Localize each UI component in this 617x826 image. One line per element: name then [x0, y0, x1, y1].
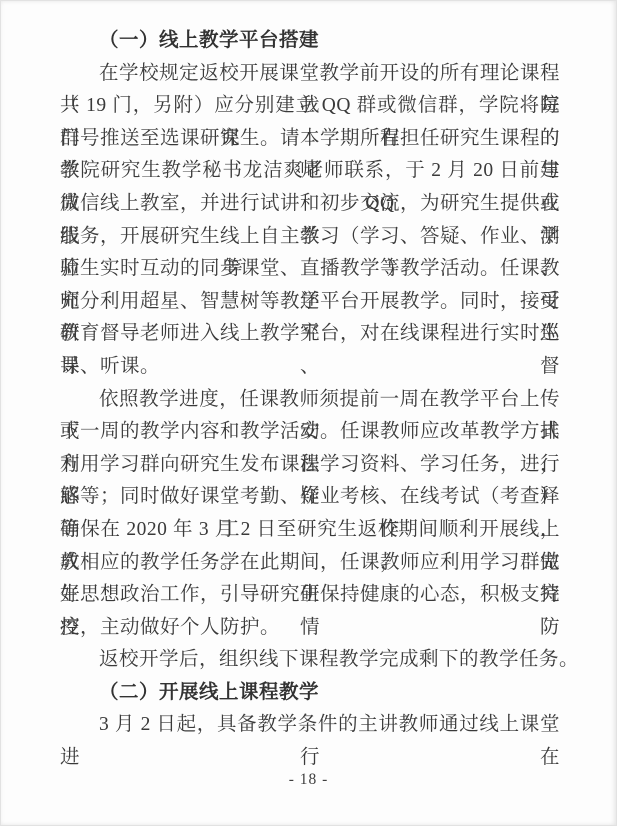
document-page: （一）线上教学平台搭建 在学校规定返校开展课堂教学前开设的所有理论课程（我院 共…: [0, 0, 617, 826]
paragraph-1-line-7: 师生实时互动的同步课堂、直播教学等教学活动。任课教师还可: [60, 253, 560, 286]
paragraph-2-line-4: 惑等；同时做好课堂考勤、作业考核、在线考试（考查）等工作，: [60, 481, 560, 514]
paragraph-2-line-3: 利用学习群向研究生发布课程学习资料、学习任务，进行解疑释: [60, 449, 560, 482]
paragraph-2-line-6: 成相应的教学任务。在此期间，任课教师应利用学习群做好研究: [60, 547, 560, 580]
section-heading-2: （二）开展线上课程教学: [60, 677, 560, 710]
paragraph-1-line-5: 微信线上教室，并进行试讲和初步交流，为研究生提供在线教学: [60, 188, 560, 221]
paragraph-1-line-8: 充分利用超星、智慧树等教学平台开展教学。同时，接受研究生: [60, 286, 560, 319]
paragraph-1-line-6: 服务，开展研究生线上自主学习（学习、答疑、作业、测验等）、: [60, 221, 560, 254]
paragraph-4-line-1: 3 月 2 日起，具备教学条件的主讲教师通过线上课堂进行在: [60, 709, 560, 742]
document-body: （一）线上教学平台搭建 在学校规定返校开展课堂教学前开设的所有理论课程（我院 共…: [60, 25, 560, 742]
paragraph-1-line-4: 学院研究生教学秘书龙洁爽老师联系，于 2 月 20 日前建成 QQ 或: [60, 155, 560, 188]
section-heading-1: （一）线上教学平台搭建: [60, 25, 560, 58]
paragraph-2-line-2: 下一周的教学内容和教学活动。任课教师应改革教学方式方法，: [60, 416, 560, 449]
paragraph-1-line-2: 共 19 门，另附）应分别建立 QQ 群或微信群，学院将每门课程的: [60, 90, 560, 123]
paragraph-1-line-3: 群号推送至选课研究生。请本学期所有担任研究生课程的教师与: [60, 123, 560, 156]
paragraph-2-line-5: 确保在 2020 年 3 月 2 日至研究生返校期间顺利开展线上教学，完: [60, 514, 560, 547]
paragraph-2-line-7: 生思想政治工作，引导研究生保持健康的心态，积极支持疫情防: [60, 579, 560, 612]
paragraph-2-line-1: 依照教学进度，任课教师须提前一周在教学平台上传或安排: [60, 384, 560, 417]
page-number: - 18 -: [1, 771, 616, 789]
paragraph-1-line-1: 在学校规定返校开展课堂教学前开设的所有理论课程（我院: [60, 58, 560, 91]
paragraph-1-line-9: 教育督导老师进入线上教学平台，对在线课程进行实时巡课、督: [60, 318, 560, 351]
paragraph-3-line-1: 返校开学后，组织线下课程教学完成剩下的教学任务。: [60, 644, 560, 677]
